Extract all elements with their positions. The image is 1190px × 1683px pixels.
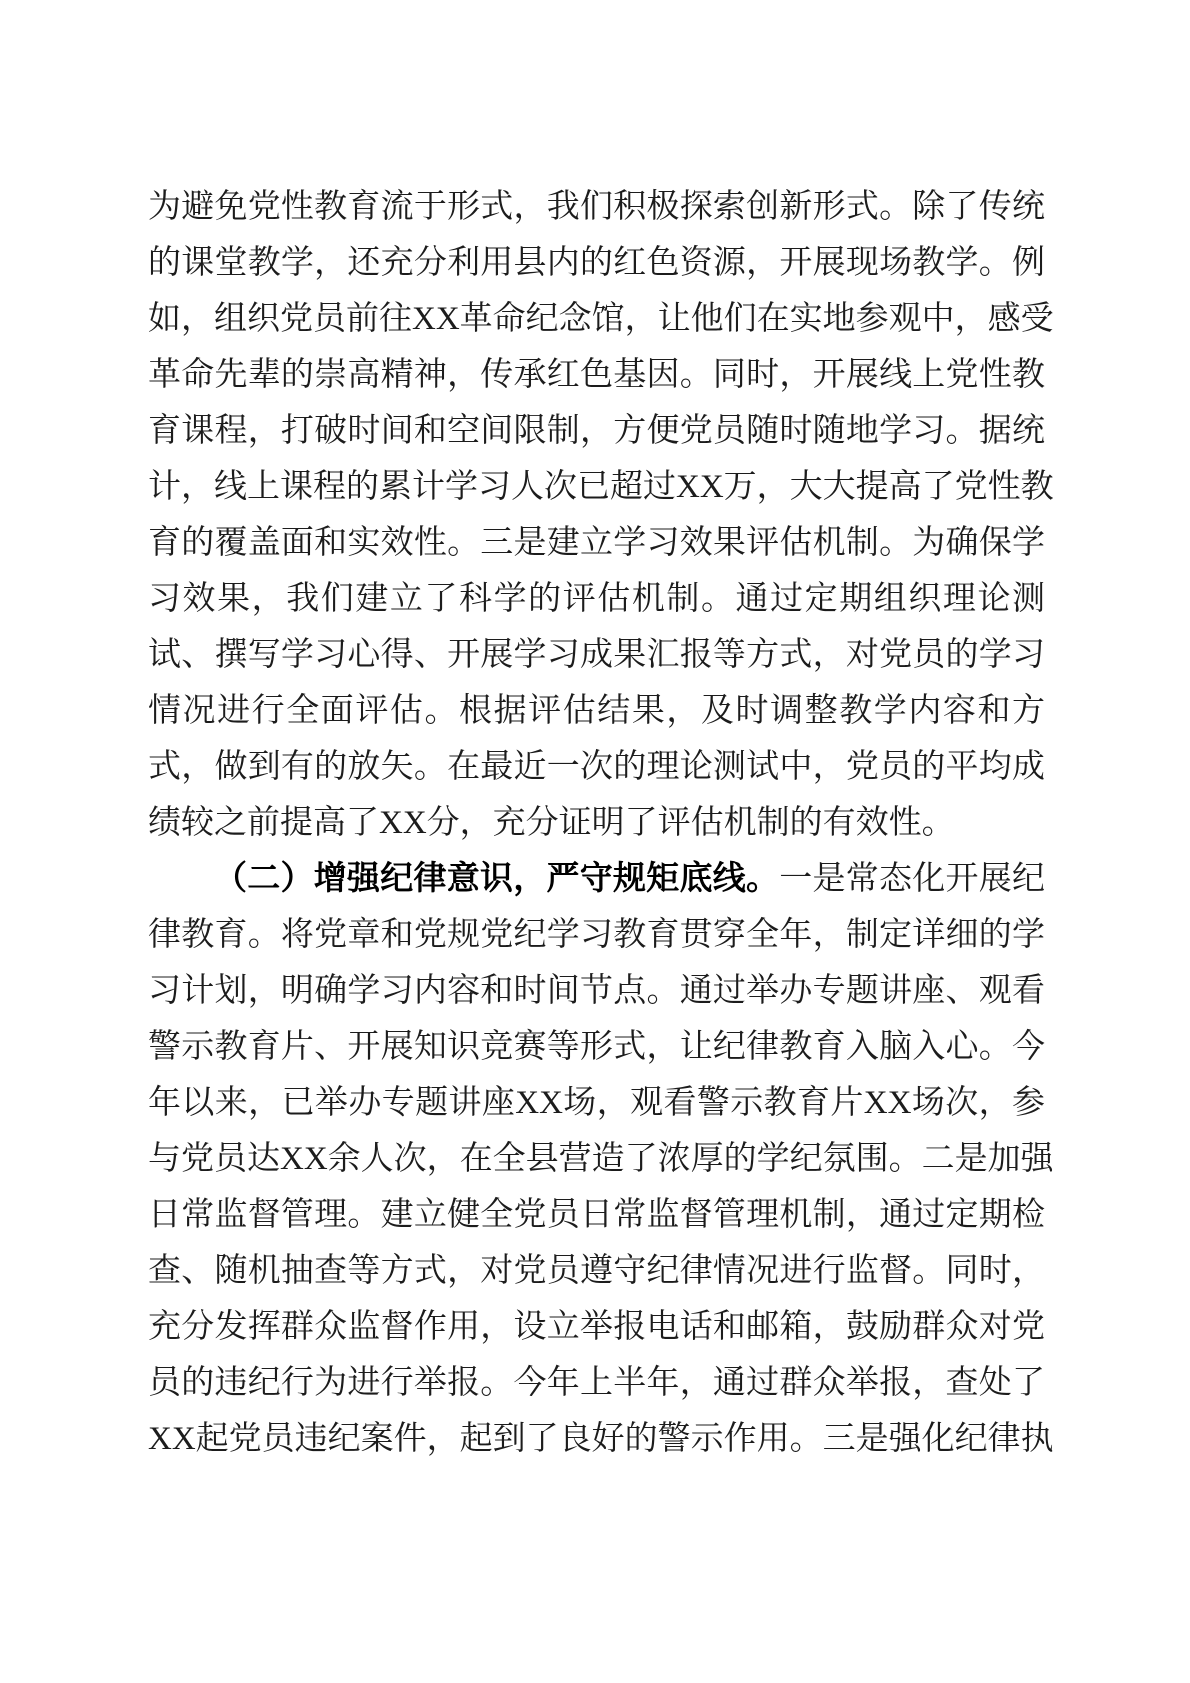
line-text: 为避免党性教育流于形式，我们积极探索创新形式。除了传统 [148, 189, 1045, 225]
line-text: 的课堂教学，还充分利用县内的红色资源，开展现场教学。例 [148, 245, 1045, 281]
text-line: 革命先辈的崇高精神，传承红色基因。同时，开展线上党性教 [148, 347, 1045, 403]
text-line: 警示教育片、开展知识竞赛等形式，让纪律教育入脑入心。今 [148, 1019, 1045, 1075]
text-line: 情况进行全面评估。根据评估结果，及时调整教学内容和方 [148, 683, 1045, 739]
text-line: 员的违纪行为进行举报。今年上半年，通过群众举报，查处了 [148, 1355, 1045, 1411]
text-line: 律教育。将党章和党规党纪学习教育贯穿全年，制定详细的学 [148, 907, 1045, 963]
line-text: 革命先辈的崇高精神，传承红色基因。同时，开展线上党性教 [148, 357, 1045, 393]
line-text: 情况进行全面评估。根据评估结果，及时调整教学内容和方 [148, 693, 1045, 729]
line-text: 日常监督管理。建立健全党员日常监督管理机制，通过定期检 [148, 1197, 1045, 1233]
text-line: 查、随机抽查等方式，对党员遵守纪律情况进行监督。同时， [148, 1243, 1045, 1299]
line-text: 式，做到有的放矢。在最近一次的理论测试中，党员的平均成 [148, 749, 1045, 785]
text-line: 式，做到有的放矢。在最近一次的理论测试中，党员的平均成 [148, 739, 1045, 795]
document-page: 为避免党性教育流于形式，我们积极探索创新形式。除了传统的课堂教学，还充分利用县内… [0, 0, 1190, 1683]
line-text: 律教育。将党章和党规党纪学习教育贯穿全年，制定详细的学 [148, 917, 1045, 953]
line-text: 一是常态化开展纪 [779, 861, 1045, 897]
line-text: 计，线上课程的累计学习人次已超过XX万，大大提高了党性教 [148, 469, 1054, 505]
line-text: 试、撰写学习心得、开展学习成果汇报等方式，对党员的学习 [148, 637, 1045, 673]
text-line: 绩较之前提高了XX分，充分证明了评估机制的有效性。 [148, 795, 1045, 851]
paragraph-lead: （二）增强纪律意识，严守规矩底线。 [214, 861, 779, 897]
line-text: 与党员达XX余人次，在全县营造了浓厚的学纪氛围。二是加强 [148, 1141, 1054, 1177]
text-line: 试、撰写学习心得、开展学习成果汇报等方式，对党员的学习 [148, 627, 1045, 683]
text-line: 与党员达XX余人次，在全县营造了浓厚的学纪氛围。二是加强 [148, 1131, 1045, 1187]
line-text: XX起党员违纪案件，起到了良好的警示作用。三是强化纪律执 [148, 1421, 1054, 1457]
text-line: 习效果，我们建立了科学的评估机制。通过定期组织理论测 [148, 571, 1045, 627]
line-text: 查、随机抽查等方式，对党员遵守纪律情况进行监督。同时， [148, 1253, 1045, 1289]
text-line: 如，组织党员前往XX革命纪念馆，让他们在实地参观中，感受 [148, 291, 1045, 347]
text-line: 育课程，打破时间和空间限制，方便党员随时随地学习。据统 [148, 403, 1045, 459]
line-text: 年以来，已举办专题讲座XX场，观看警示教育片XX场次，参 [148, 1085, 1045, 1121]
text-line: 为避免党性教育流于形式，我们积极探索创新形式。除了传统 [148, 179, 1045, 235]
line-text: 习效果，我们建立了科学的评估机制。通过定期组织理论测 [148, 581, 1045, 617]
text-line: XX起党员违纪案件，起到了良好的警示作用。三是强化纪律执 [148, 1411, 1045, 1467]
text-line: 日常监督管理。建立健全党员日常监督管理机制，通过定期检 [148, 1187, 1045, 1243]
line-text: 绩较之前提高了XX分，充分证明了评估机制的有效性。 [148, 805, 955, 841]
text-line: 充分发挥群众监督作用，设立举报电话和邮箱，鼓励群众对党 [148, 1299, 1045, 1355]
line-text: 习计划，明确学习内容和时间节点。通过举办专题讲座、观看 [148, 973, 1045, 1009]
text-line: （二）增强纪律意识，严守规矩底线。一是常态化开展纪 [148, 851, 1045, 907]
text-line: 的课堂教学，还充分利用县内的红色资源，开展现场教学。例 [148, 235, 1045, 291]
text-line: 育的覆盖面和实效性。三是建立学习效果评估机制。为确保学 [148, 515, 1045, 571]
line-text: 育的覆盖面和实效性。三是建立学习效果评估机制。为确保学 [148, 525, 1045, 561]
text-line: 年以来，已举办专题讲座XX场，观看警示教育片XX场次，参 [148, 1075, 1045, 1131]
line-text: 充分发挥群众监督作用，设立举报电话和邮箱，鼓励群众对党 [148, 1309, 1045, 1345]
line-text: 员的违纪行为进行举报。今年上半年，通过群众举报，查处了 [148, 1365, 1045, 1401]
text-line: 计，线上课程的累计学习人次已超过XX万，大大提高了党性教 [148, 459, 1045, 515]
line-text: 如，组织党员前往XX革命纪念馆，让他们在实地参观中，感受 [148, 301, 1054, 337]
line-text: 警示教育片、开展知识竞赛等形式，让纪律教育入脑入心。今 [148, 1029, 1045, 1065]
line-text: 育课程，打破时间和空间限制，方便党员随时随地学习。据统 [148, 413, 1045, 449]
text-block: 为避免党性教育流于形式，我们积极探索创新形式。除了传统的课堂教学，还充分利用县内… [148, 179, 1045, 1467]
text-line: 习计划，明确学习内容和时间节点。通过举办专题讲座、观看 [148, 963, 1045, 1019]
